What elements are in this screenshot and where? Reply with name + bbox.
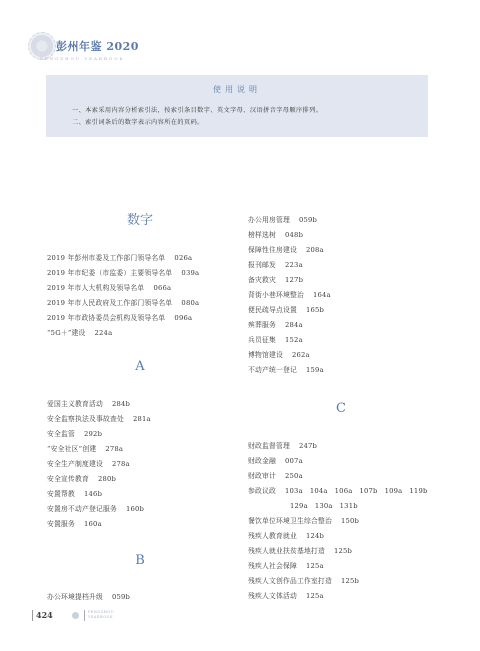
entry-term: 便民疏导点设置 — [248, 306, 297, 314]
entry-term: 安全宣传教育 — [47, 475, 89, 483]
entry-page: 160a — [84, 520, 102, 528]
section-heading-b: B — [40, 553, 240, 568]
index-entry: 殡葬服务284a — [248, 319, 303, 329]
entry-term: 博物馆建设 — [248, 351, 283, 359]
section-heading-a: A — [40, 359, 240, 374]
entry-page: 164a — [313, 291, 331, 299]
index-entry: 2019 年市人民政府及工作部门领导名单080a — [47, 297, 199, 307]
entry-term: 安置房不动产登记服务 — [47, 505, 117, 513]
index-entry: 安全监察执法及事故查处281a — [47, 413, 151, 423]
flower-emblem-icon — [72, 612, 79, 619]
usage-title: 使用说明 — [46, 84, 428, 95]
entry-page: 250a — [285, 472, 303, 480]
index-entry: 参政议政103a 104a 106a 107b 109a 119b — [248, 485, 428, 495]
index-entry: 残疾人文体活动125a — [248, 590, 324, 600]
section-heading-digits: 数字 — [40, 209, 240, 228]
entry-page: 224a — [95, 329, 113, 337]
index-entry: 兵员征集152a — [248, 334, 303, 344]
entry-term: 安置服务 — [47, 520, 75, 528]
entry-term: 参政议政 — [248, 487, 276, 495]
index-entry: 安置帮教146b — [47, 488, 102, 498]
entry-term: 安全生产制度建设 — [47, 460, 103, 468]
entry-page: 292b — [84, 430, 102, 438]
entry-page: 152a — [285, 336, 303, 344]
entry-page: 125a — [306, 562, 324, 570]
entry-term: 安全监察执法及事故查处 — [47, 415, 124, 423]
entry-page: 165b — [306, 306, 324, 314]
entry-term: 2019 年市政协委员会机构及领导名单 — [47, 314, 165, 322]
entry-term: 残疾人就业扶贫基地打造 — [248, 547, 325, 555]
entry-term: 残疾人社会保障 — [248, 562, 297, 570]
section-heading-c: C — [241, 401, 441, 416]
usage-instructions-box: 使用说明 一、本索采用内容分析索引法，按索引条目数字、英文字母、汉语拼音字母顺序… — [46, 75, 428, 137]
entry-page: 223a — [285, 261, 303, 269]
entry-page: 048b — [285, 231, 303, 239]
index-entry: 财政金融007a — [248, 455, 303, 465]
index-entry: 残疾人文创作品工作室打造125b — [248, 575, 359, 585]
index-entry: 2019 年市政协委员会机构及领导名单096a — [47, 312, 192, 322]
entry-page: 159a — [306, 366, 324, 374]
index-entry: 残疾人社会保障125a — [248, 560, 324, 570]
index-entry: 残疾人教育就业124b — [248, 530, 324, 540]
entry-page: 284a — [285, 321, 303, 329]
index-entry: 2019 年市人大机构及领导名单066a — [47, 282, 171, 292]
index-entry: 博物馆建设262a — [248, 349, 310, 359]
index-entry: 爱国主义教育活动284b — [47, 398, 130, 408]
entry-term: 财政审计 — [248, 472, 276, 480]
entry-page: 281a — [133, 415, 151, 423]
entry-page: 284b — [112, 400, 130, 408]
index-entry: 财政审计250a — [248, 470, 303, 480]
index-entry: 备灾救灾127b — [248, 274, 303, 284]
footer-brand-line2: YEARBOOK — [88, 615, 114, 620]
entry-term: 办公用房管理 — [248, 216, 290, 224]
index-entry: 便民疏导点设置165b — [248, 304, 324, 314]
entry-page: 096a — [174, 314, 192, 322]
entry-page: 129a 130a 131b — [290, 502, 358, 510]
entry-term: 办公环境提档升级 — [47, 593, 103, 601]
entry-term: 保障性住房建设 — [248, 246, 297, 254]
index-entry: 残疾人就业扶贫基地打造125b — [248, 545, 352, 555]
yearbook-title: 彭州年鉴 2020 — [56, 38, 139, 54]
entry-term: 爱国主义教育活动 — [47, 400, 103, 408]
entry-term: 安置帮教 — [47, 490, 75, 498]
entry-page: 125a — [306, 592, 324, 600]
divider — [84, 610, 85, 621]
index-entry: 2019 年彭州市委及工作部门领导名单026a — [47, 252, 192, 262]
yearbook-subtitle: PENGZHOU YEARBOOK — [40, 56, 125, 61]
footer-brand: PENGZHOU YEARBOOK — [88, 610, 114, 620]
entry-page: 124b — [306, 532, 324, 540]
entry-term: 2019 年彭州市委及工作部门领导名单 — [47, 254, 165, 262]
entry-page: 059b — [299, 216, 317, 224]
entry-page: 262a — [292, 351, 310, 359]
entry-page: 066a — [153, 284, 171, 292]
entry-page: 160b — [126, 505, 144, 513]
entry-term: 2019 年市人大机构及领导名单 — [47, 284, 144, 292]
entry-term: 报刊邮发 — [248, 261, 276, 269]
index-entry: 安全生产制度建设278a — [47, 458, 130, 468]
entry-page: 125b — [341, 577, 359, 585]
index-entry: 办公用房管理059b — [248, 214, 317, 224]
entry-term: 财政监督管理 — [248, 442, 290, 450]
entry-term: “安全社区”创建 — [47, 445, 96, 453]
index-entry: 保障性住房建设208a — [248, 244, 324, 254]
entry-page: 150b — [341, 517, 359, 525]
entry-page: 103a 104a 106a 107b 109a 119b — [285, 487, 428, 495]
index-entry: 背街小巷环境整治164a — [248, 289, 331, 299]
index-entry: 财政监督管理247b — [248, 440, 317, 450]
entry-term: 餐饮单位环境卫生综合整治 — [248, 517, 332, 525]
entry-term: 不动产统一登记 — [248, 366, 297, 374]
entry-term: 残疾人文体活动 — [248, 592, 297, 600]
entry-term: 榜样选树 — [248, 231, 276, 239]
entry-term: 背街小巷环境整治 — [248, 291, 304, 299]
entry-page: 247b — [299, 442, 317, 450]
entry-page: 007a — [285, 457, 303, 465]
entry-page: 278a — [105, 445, 123, 453]
divider — [32, 610, 33, 621]
entry-page: 080a — [181, 299, 199, 307]
entry-term: 残疾人教育就业 — [248, 532, 297, 540]
entry-term: 安全监管 — [47, 430, 75, 438]
index-entry: 安置服务160a — [47, 518, 102, 528]
index-entry: 榜样选树048b — [248, 229, 303, 239]
index-entry: 不动产统一登记159a — [248, 364, 324, 374]
entry-term: 备灾救灾 — [248, 276, 276, 284]
entry-page: 280b — [98, 475, 116, 483]
index-entry: “安全社区”创建278a — [47, 443, 123, 453]
index-entry: 安全宣传教育280b — [47, 473, 116, 483]
entry-term: 2019 年市纪委（市监委）主要领导名单 — [47, 269, 172, 277]
index-entry: 2019 年市纪委（市监委）主要领导名单039a — [47, 267, 199, 277]
entry-term: 财政金融 — [248, 457, 276, 465]
entry-term: “5G＋”建设 — [47, 329, 86, 337]
entry-page: 125b — [334, 547, 352, 555]
index-entry: 餐饮单位环境卫生综合整治150b — [248, 515, 359, 525]
usage-line-1: 一、本索采用内容分析索引法，按索引条目数字、英文字母、汉语拼音字母顺序排列。 — [72, 105, 322, 114]
entry-page: 278a — [112, 460, 130, 468]
entry-term: 残疾人文创作品工作室打造 — [248, 577, 332, 585]
index-entry: 安置房不动产登记服务160b — [47, 503, 144, 513]
index-entry: 报刊邮发223a — [248, 259, 303, 269]
entry-page: 026a — [174, 254, 192, 262]
index-entry: “5G＋”建设224a — [47, 327, 112, 337]
entry-page: 208a — [306, 246, 324, 254]
entry-page: 059b — [112, 593, 130, 601]
index-entry: 安全监管292b — [47, 428, 102, 438]
entry-term: 殡葬服务 — [248, 321, 276, 329]
index-entry-continuation: 129a 130a 131b — [290, 500, 358, 510]
index-entry: 办公环境提档升级059b — [47, 591, 130, 601]
usage-line-2: 二、索引词条后的数字表示内容所在的页码。 — [72, 117, 204, 126]
entry-term: 兵员征集 — [248, 336, 276, 344]
entry-page: 146b — [84, 490, 102, 498]
entry-page: 039a — [181, 269, 199, 277]
entry-term: 2019 年市人民政府及工作部门领导名单 — [47, 299, 172, 307]
entry-page: 127b — [285, 276, 303, 284]
page-number: 424 — [36, 610, 53, 620]
